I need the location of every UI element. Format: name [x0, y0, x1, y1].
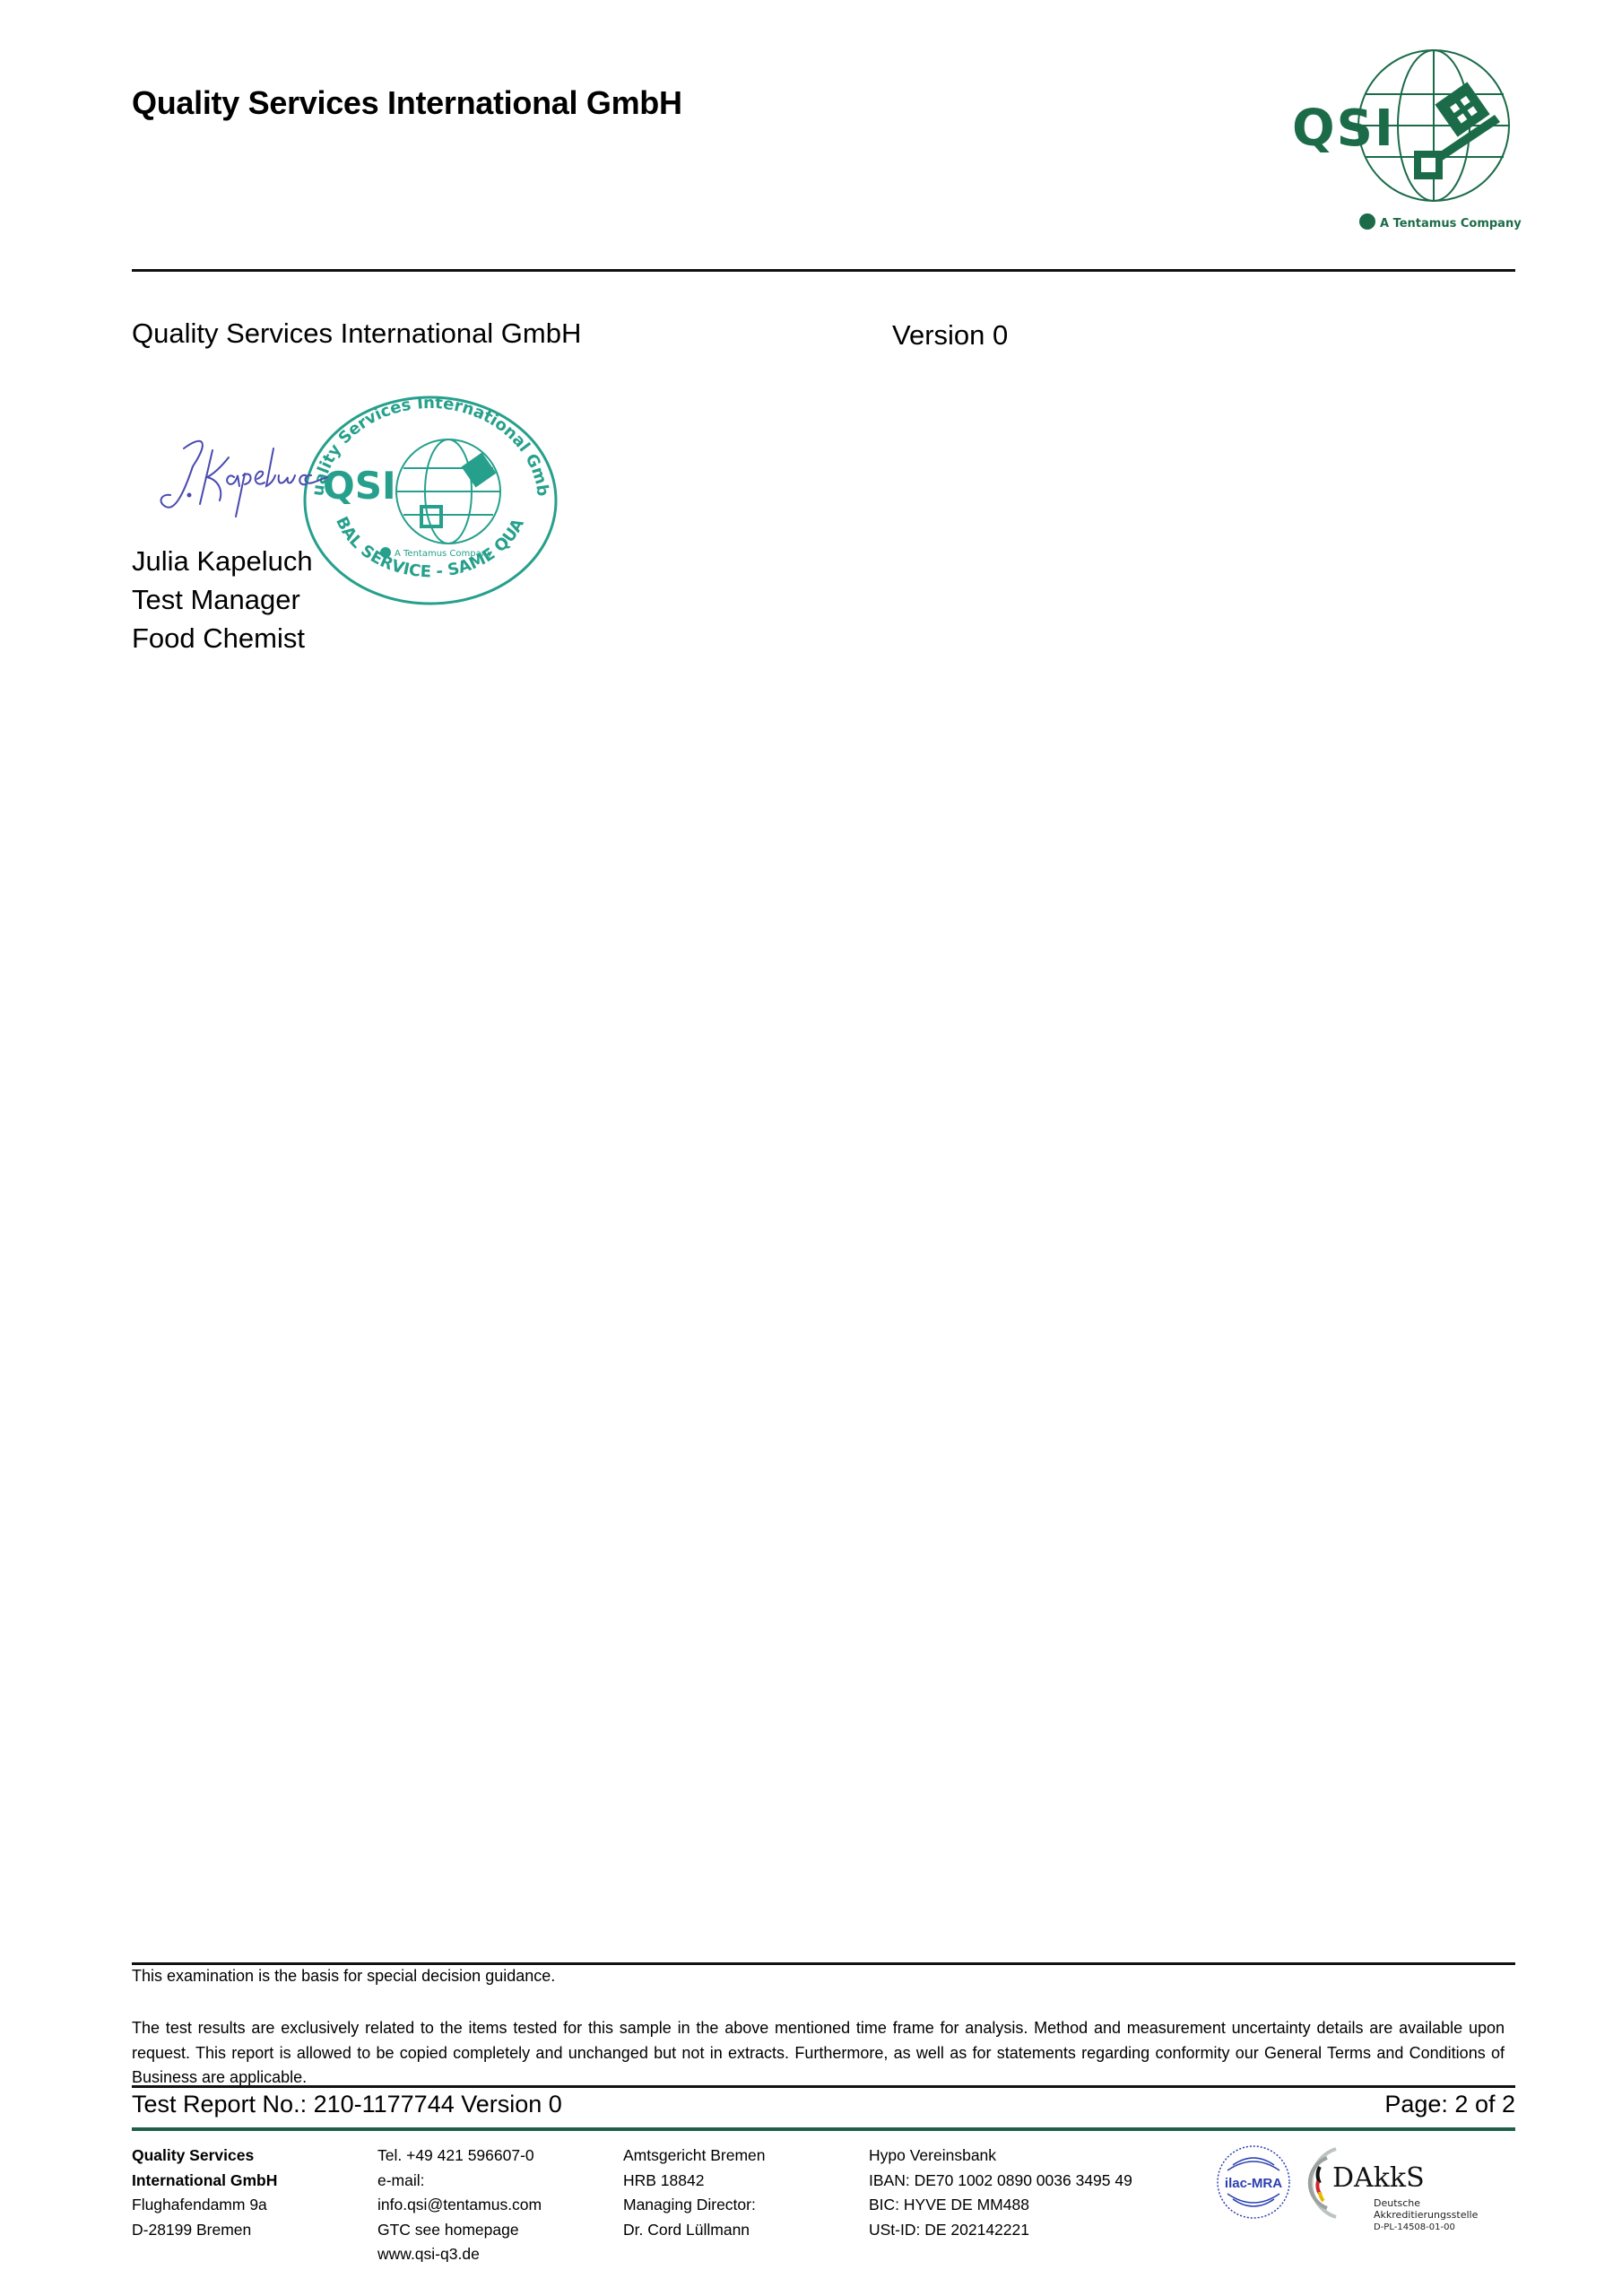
footer-bank: Hypo Vereinsbank IBAN: DE70 1002 0890 00…	[869, 2144, 1132, 2242]
footer-city: D-28199 Bremen	[132, 2218, 277, 2243]
ilac-mra-icon: ilac-MRA	[1215, 2144, 1292, 2221]
signer-role: Test Manager	[132, 580, 313, 619]
footer-contact: Tel. +49 421 596607-0 e-mail: info.qsi@t…	[377, 2144, 542, 2262]
svg-text:A Tentamus Company: A Tentamus Company	[395, 549, 492, 559]
footer-bic: BIC: HYVE DE MM488	[869, 2193, 1132, 2218]
svg-text:Akkreditierungsstelle: Akkreditierungsstelle	[1374, 2209, 1479, 2221]
header-divider	[132, 269, 1515, 272]
qsi-globe-key-icon: QSI A Tentamus Company	[1288, 45, 1522, 233]
footer-phone: Tel. +49 421 596607-0	[377, 2144, 542, 2169]
footer-registry: Amtsgericht Bremen HRB 18842 Managing Di…	[623, 2144, 766, 2242]
footer-street: Flughafendamm 9a	[132, 2193, 277, 2218]
svg-text:DAkkS: DAkkS	[1332, 2162, 1425, 2194]
footer-company-line2: International GmbH	[132, 2169, 277, 2194]
svg-text:D-PL-14508-01-00: D-PL-14508-01-00	[1374, 2222, 1455, 2232]
signer-name: Julia Kapeluch	[132, 542, 313, 580]
footer-email-label: e-mail:	[377, 2169, 542, 2194]
footer-email[interactable]: info.qsi@tentamus.com	[377, 2193, 542, 2218]
decision-note: This examination is the basis for specia…	[132, 1967, 555, 1986]
disclaimer-note: The test results are exclusively related…	[132, 2016, 1505, 2091]
footer-vat-id: USt-ID: DE 202142221	[869, 2218, 1132, 2243]
dakks-logo: DAkkS Deutsche Akkreditierungsstelle D-P…	[1300, 2138, 1515, 2237]
footer-gtc: GTC see homepage	[377, 2218, 542, 2243]
header-title: Quality Services International GmbH	[132, 84, 682, 122]
footer-hrb: HRB 18842	[623, 2169, 766, 2194]
company-name: Quality Services International GmbH	[132, 317, 581, 350]
dakks-icon: DAkkS Deutsche Akkreditierungsstelle D-P…	[1300, 2138, 1515, 2237]
footer-divider	[132, 2127, 1515, 2131]
footer-iban: IBAN: DE70 1002 0890 0036 3495 49	[869, 2169, 1132, 2194]
handwritten-signature-icon	[148, 430, 345, 538]
footer-court: Amtsgericht Bremen	[623, 2144, 766, 2169]
qsi-logo: QSI A Tentamus Company	[1288, 45, 1522, 233]
svg-text:Deutsche: Deutsche	[1374, 2197, 1420, 2209]
page-number: Page: 2 of 2	[1384, 2091, 1515, 2118]
footer-director: Dr. Cord Lüllmann	[623, 2218, 766, 2243]
footer-director-label: Managing Director:	[623, 2193, 766, 2218]
footer-company-address: Quality Services International GmbH Flug…	[132, 2144, 277, 2242]
signature	[148, 430, 345, 538]
footer-website[interactable]: www.qsi-q3.de	[377, 2242, 542, 2262]
svg-text:ilac-MRA: ilac-MRA	[1225, 2176, 1282, 2191]
notes-divider-top	[132, 1962, 1515, 1965]
report-number: Test Report No.: 210-1177744 Version 0	[132, 2091, 562, 2118]
svg-text:A Tentamus Company: A Tentamus Company	[1380, 217, 1522, 230]
ilac-mra-logo: ilac-MRA	[1215, 2144, 1292, 2221]
signer-qualification: Food Chemist	[132, 619, 313, 657]
footer-company-line1: Quality Services	[132, 2144, 277, 2169]
svg-text:QSI: QSI	[1292, 100, 1395, 158]
footer-bank-name: Hypo Vereinsbank	[869, 2144, 1132, 2169]
version-label: Version 0	[892, 319, 1008, 352]
notes-divider-bottom	[132, 2085, 1515, 2088]
signer-block: Julia Kapeluch Test Manager Food Chemist	[132, 542, 313, 657]
